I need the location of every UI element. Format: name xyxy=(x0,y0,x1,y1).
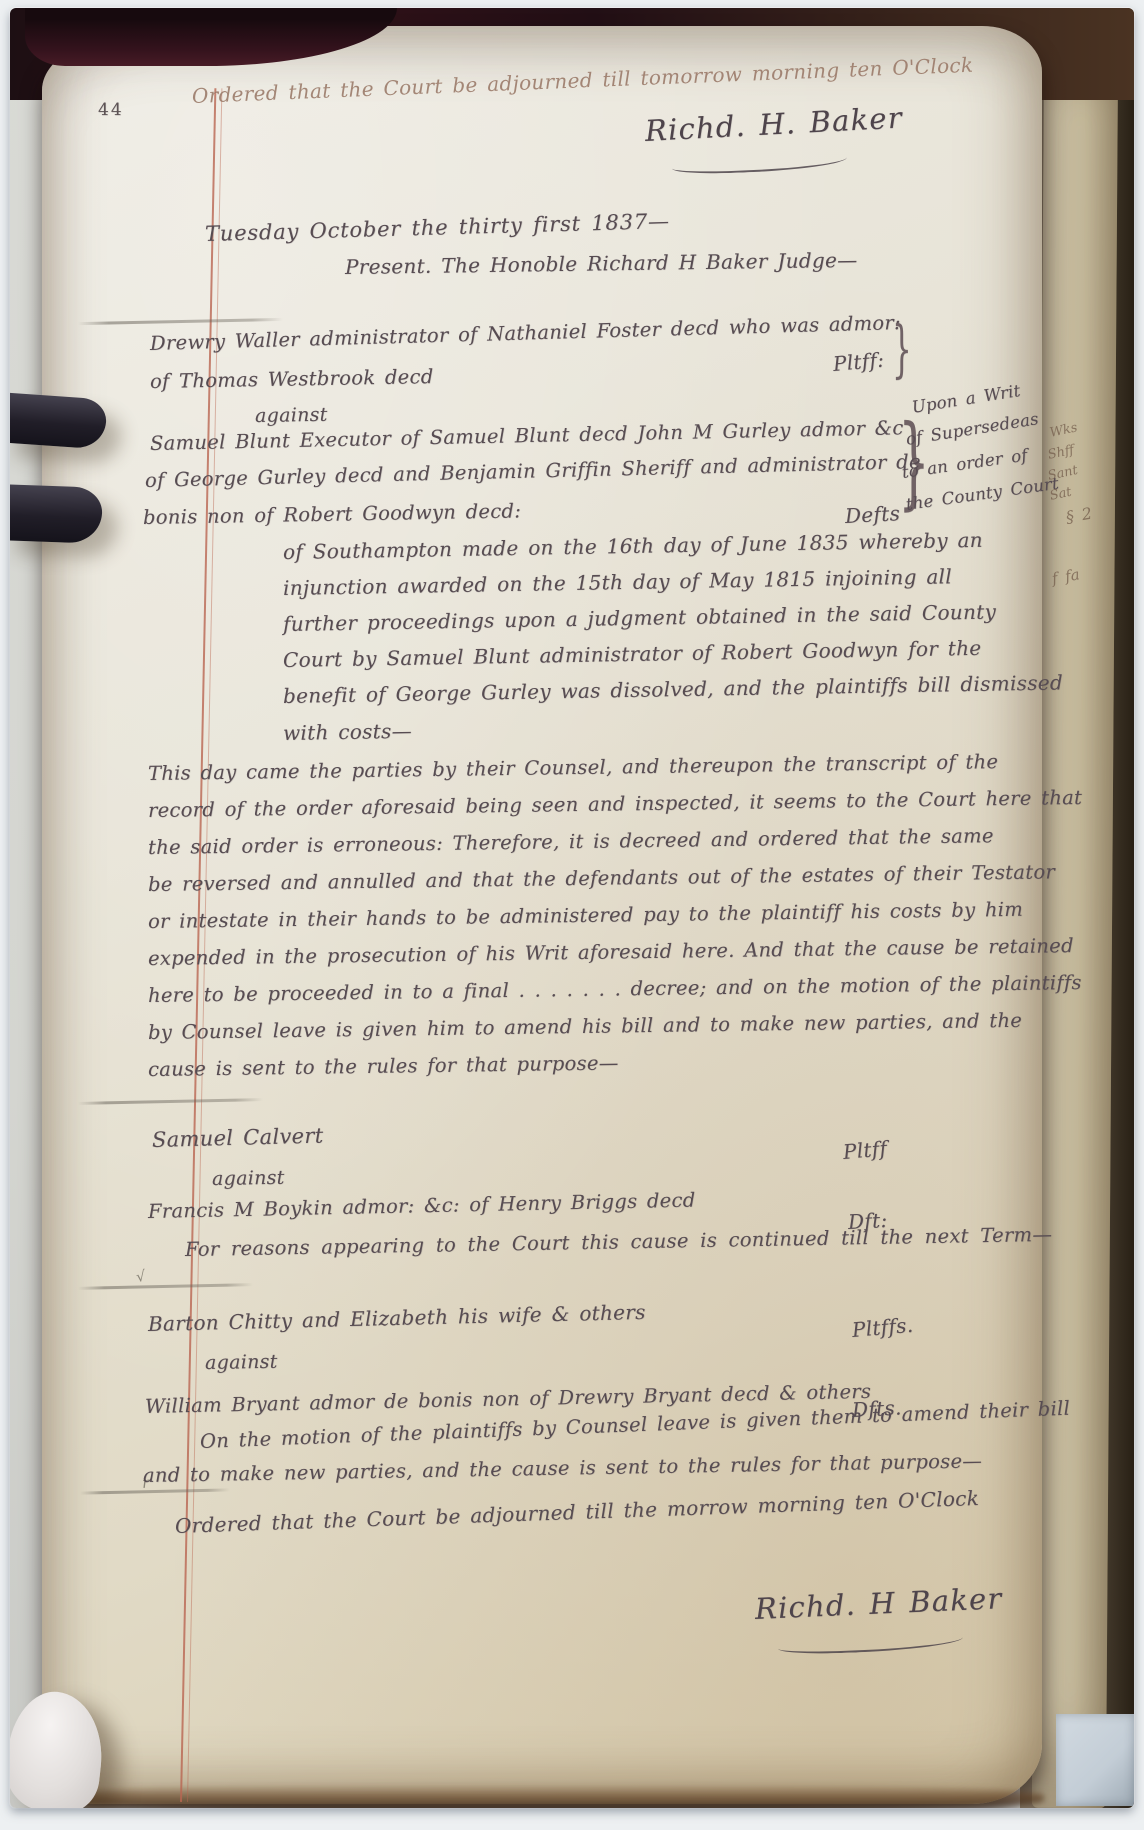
case3-versus-label: against xyxy=(205,1351,278,1374)
page-bottom-shadow xyxy=(56,1784,1044,1808)
blue-label-patch xyxy=(1056,1714,1134,1806)
photograph-of-court-minute-book: √ r 44 Ordered that the Court be adjourn… xyxy=(10,8,1134,1808)
brace-icon: } xyxy=(892,318,912,380)
case1-recital-line: with costs— xyxy=(283,719,412,745)
case2-versus-label: against xyxy=(212,1167,285,1190)
page-number: 44 xyxy=(98,100,124,120)
case1-plaintiff-label: Pltff: xyxy=(832,348,885,376)
binding-clamp-upper xyxy=(10,392,108,449)
next-page-edge xyxy=(1032,54,1118,1808)
margin-check-mark: √ xyxy=(135,1267,147,1286)
case2-plaintiff-label: Pltff xyxy=(842,1136,888,1164)
case1-defendant-label: Defts xyxy=(844,501,900,528)
case2-plaintiff: Samuel Calvert xyxy=(152,1124,324,1152)
binding-clamp-lower xyxy=(10,484,103,543)
case1-versus-label: against xyxy=(255,404,328,427)
